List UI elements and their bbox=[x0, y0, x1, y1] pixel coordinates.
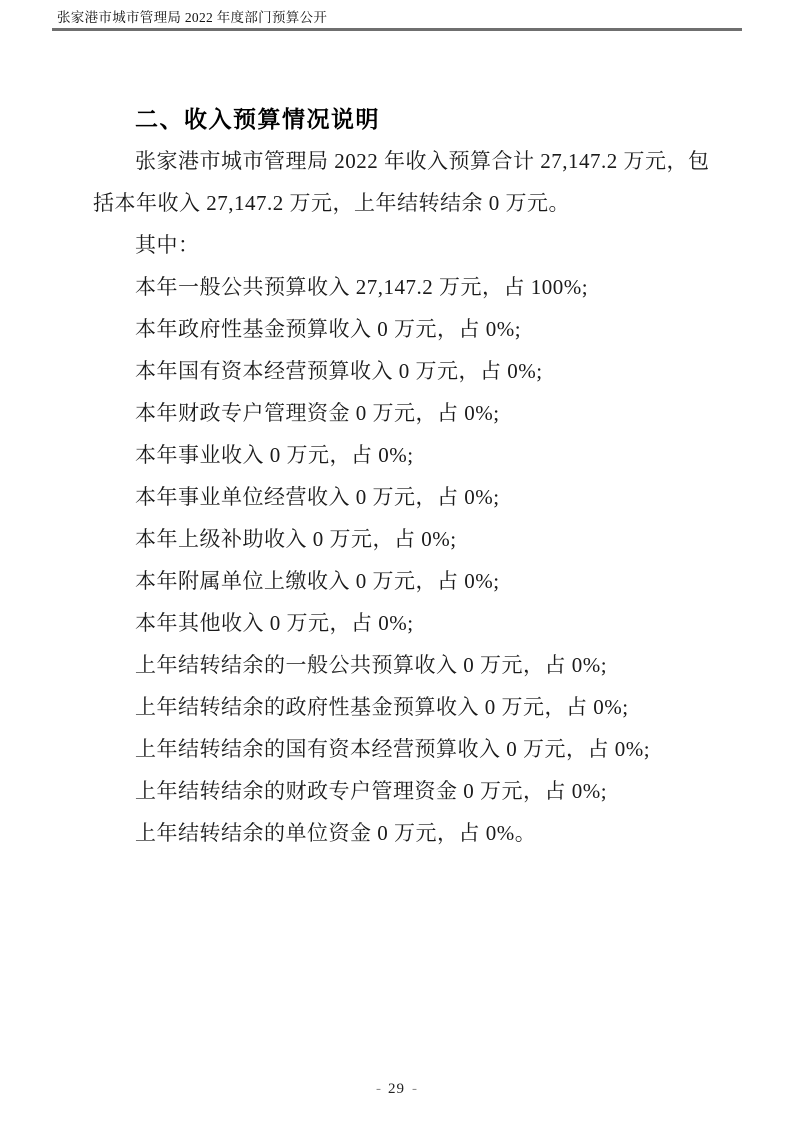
budget-line: 上年结转结余的一般公共预算收入 0 万元，占 0%; bbox=[93, 644, 742, 686]
intro-paragraph: 张家港市城市管理局 2022 年收入预算合计 27,147.2 万元，包 括本年… bbox=[93, 140, 742, 224]
budget-line: 本年一般公共预算收入 27,147.2 万元，占 100%; bbox=[93, 266, 742, 308]
lead-in-line: 其中： bbox=[93, 224, 742, 266]
budget-line: 本年财政专户管理资金 0 万元，占 0%; bbox=[93, 392, 742, 434]
budget-line-list: 本年一般公共预算收入 27,147.2 万元，占 100%; 本年政府性基金预算… bbox=[93, 266, 742, 854]
intro-line: 张家港市城市管理局 2022 年收入预算合计 27,147.2 万元，包 bbox=[93, 140, 742, 182]
page-footer: -29- bbox=[0, 1080, 793, 1098]
header-title: 张家港市城市管理局 2022 年度部门预算公开 bbox=[57, 10, 742, 26]
document-page: 张家港市城市管理局 2022 年度部门预算公开 二、收入预算情况说明 张家港市城… bbox=[0, 0, 793, 1122]
page-number: 29 bbox=[388, 1081, 405, 1097]
section-heading: 二、收入预算情况说明 bbox=[93, 98, 742, 140]
budget-line: 本年附属单位上缴收入 0 万元，占 0%; bbox=[93, 560, 742, 602]
budget-line: 本年上级补助收入 0 万元，占 0%; bbox=[93, 518, 742, 560]
budget-line: 上年结转结余的财政专户管理资金 0 万元，占 0%; bbox=[93, 770, 742, 812]
section-body: 二、收入预算情况说明 张家港市城市管理局 2022 年收入预算合计 27,147… bbox=[93, 98, 742, 854]
intro-line: 括本年收入 27,147.2 万元，上年结转结余 0 万元。 bbox=[93, 182, 742, 224]
page-header: 张家港市城市管理局 2022 年度部门预算公开 bbox=[52, 10, 742, 31]
page-number-dash-left: - bbox=[369, 1081, 388, 1097]
budget-line: 上年结转结余的国有资本经营预算收入 0 万元，占 0%; bbox=[93, 728, 742, 770]
budget-line: 本年事业收入 0 万元，占 0%; bbox=[93, 434, 742, 476]
budget-line: 本年事业单位经营收入 0 万元，占 0%; bbox=[93, 476, 742, 518]
budget-line: 本年其他收入 0 万元，占 0%; bbox=[93, 602, 742, 644]
page-number-dash-right: - bbox=[405, 1081, 424, 1097]
budget-line: 上年结转结余的单位资金 0 万元，占 0%。 bbox=[93, 812, 742, 854]
budget-line: 上年结转结余的政府性基金预算收入 0 万元，占 0%; bbox=[93, 686, 742, 728]
budget-line: 本年政府性基金预算收入 0 万元，占 0%; bbox=[93, 308, 742, 350]
budget-line: 本年国有资本经营预算收入 0 万元，占 0%; bbox=[93, 350, 742, 392]
